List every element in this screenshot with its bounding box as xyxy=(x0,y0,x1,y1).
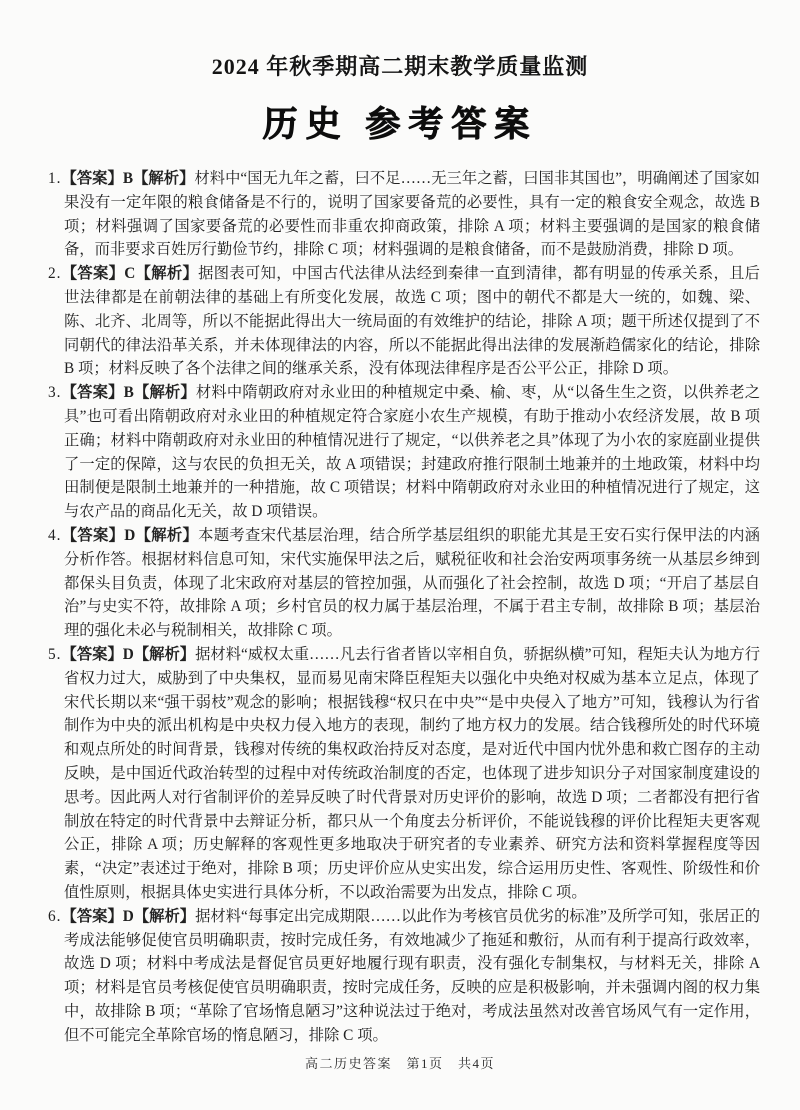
answer-item-3: 3.【答案】B【解析】材料中隋朝政府对永业田的种植规定中桑、榆、枣，从“以备生生… xyxy=(48,381,760,524)
page-footer: 高二历史答案 第1页 共4页 xyxy=(0,1053,800,1072)
document-page: 2024 年秋季期高二期末教学质量监测 历史 参考答案 1.【答案】B【解析】材… xyxy=(0,0,800,1110)
answer-prefix: 【答案】D【解析】 xyxy=(61,646,195,663)
answer-prefix: 【答案】B【解析】 xyxy=(61,384,195,401)
answer-text: 据材料“每事定出完成期限……以此作为考核官员优劣的标准”及所学可知，张居正的考成… xyxy=(64,908,760,1044)
answer-prefix: 【答案】D【解析】 xyxy=(61,527,198,544)
answer-prefix: 【答案】B【解析】 xyxy=(61,170,194,187)
answer-item-1: 1.【答案】B【解析】材料中“国无九年之蓄，曰不足……无三年之蓄，曰国非其国也”… xyxy=(48,167,760,262)
answer-list: 1.【答案】B【解析】材料中“国无九年之蓄，曰不足……无三年之蓄，曰国非其国也”… xyxy=(48,167,760,1047)
answer-item-5: 5.【答案】D【解析】据材料“威权太重……凡去行省者皆以宰相自负，骄据纵横”可知… xyxy=(48,643,760,905)
item-number: 2. xyxy=(48,265,61,282)
item-number: 6. xyxy=(48,908,61,925)
item-number: 3. xyxy=(48,384,61,401)
answer-prefix: 【答案】C【解析】 xyxy=(61,265,198,282)
answer-prefix: 【答案】D【解析】 xyxy=(61,908,195,925)
answer-item-2: 2.【答案】C【解析】据图表可知，中国古代法律从法经到秦律一直到清律，都有明显的… xyxy=(48,262,760,381)
item-number: 4. xyxy=(48,527,61,544)
answer-item-4: 4.【答案】D【解析】本题考查宋代基层治理，结合所学基层组织的职能尤其是王安石实… xyxy=(48,524,760,643)
subject-title: 历史 参考答案 xyxy=(0,97,800,147)
item-number: 1. xyxy=(48,170,61,187)
answer-text: 材料中隋朝政府对永业田的种植规定中桑、榆、枣，从“以备生生之资，以供养老之具”也… xyxy=(64,384,760,520)
item-number: 5. xyxy=(48,646,61,663)
exam-title: 2024 年秋季期高二期末教学质量监测 xyxy=(0,0,800,81)
footer-text: 高二历史答案 第1页 共4页 xyxy=(305,1056,495,1071)
answer-item-6: 6.【答案】D【解析】据材料“每事定出完成期限……以此作为考核官员优劣的标准”及… xyxy=(48,905,760,1048)
answer-text: 据材料“威权太重……凡去行省者皆以宰相自负，骄据纵横”可知，程矩夫认为地方行省权… xyxy=(64,646,760,901)
